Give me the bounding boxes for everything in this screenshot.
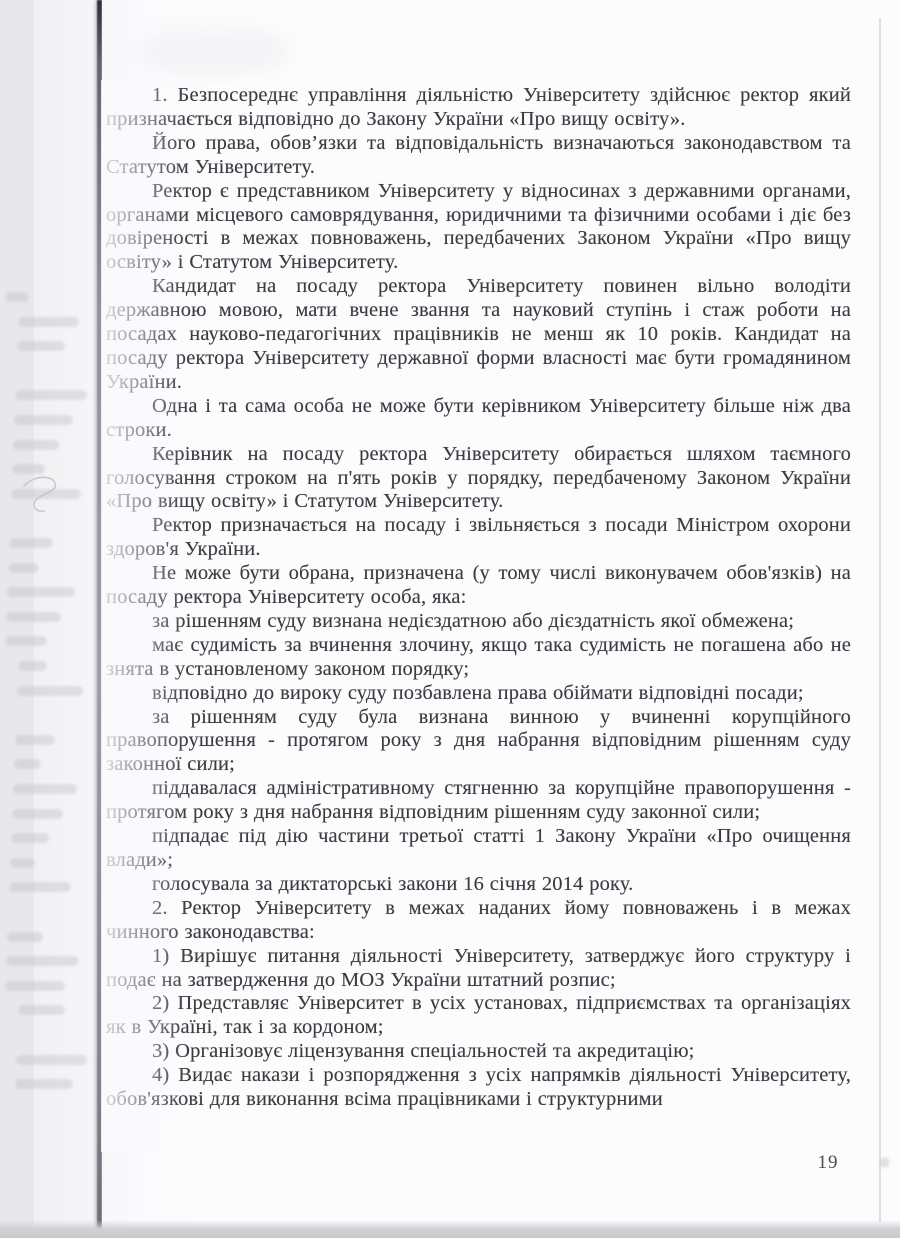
page-right-edge	[879, 18, 881, 1222]
paragraph: 1) Вирішує питання діяльності Університе…	[106, 945, 851, 993]
pencil-squiggle-mark	[16, 472, 74, 520]
paragraph: підпадає під дію частини третьої статті …	[106, 825, 851, 873]
paragraph: піддавалася адміністративному стягненню …	[106, 777, 851, 825]
paragraph: Ректор є представником Університету у ві…	[106, 180, 851, 276]
paragraph: має судимість за вчинення злочину, якщо …	[106, 634, 851, 682]
paragraph: 2. Ректор Університету в межах наданих й…	[106, 897, 851, 945]
document-body: 1. Безпосереднє управління діяльністю Ун…	[106, 84, 851, 1112]
facing-page-edge	[34, 0, 98, 1238]
paragraph: Керівник на посаду ректора Університету …	[106, 443, 851, 515]
stray-scan-mark	[880, 1158, 889, 1167]
scan-bottom-edge	[0, 1220, 900, 1238]
paragraph: Одна і та сама особа не може бути керівн…	[106, 395, 851, 443]
scan-left-margin	[0, 0, 34, 1238]
paragraph: Не може бути обрана, призначена (у тому …	[106, 562, 851, 610]
paragraph: 3) Організовує ліцензування спеціальност…	[106, 1040, 851, 1064]
paragraph: відповідно до вироку суду позбавлена пра…	[106, 682, 851, 706]
paragraph: 4) Видає накази і розпорядження з усіх н…	[106, 1064, 851, 1112]
paragraph: 2) Представляє Університет в усіх устано…	[106, 992, 851, 1040]
paragraph: голосувала за диктаторські закони 16 січ…	[106, 873, 851, 897]
scanned-page: 1. Безпосереднє управління діяльністю Ун…	[0, 0, 900, 1238]
paragraph: Ректор призначається на посаду і звільня…	[106, 514, 851, 562]
paragraph: за рішенням суду визнана недієздатною аб…	[106, 610, 851, 634]
page-number: 19	[806, 1152, 850, 1174]
paragraph: Його права, обов’язки та відповідальніст…	[106, 132, 851, 180]
paragraph: Кандидат на посаду ректора Університету …	[106, 275, 851, 395]
scan-smudge	[140, 28, 290, 74]
paragraph: за рішенням суду була визнана винною у в…	[106, 706, 851, 778]
paragraph: 1. Безпосереднє управління діяльністю Ун…	[106, 84, 851, 132]
